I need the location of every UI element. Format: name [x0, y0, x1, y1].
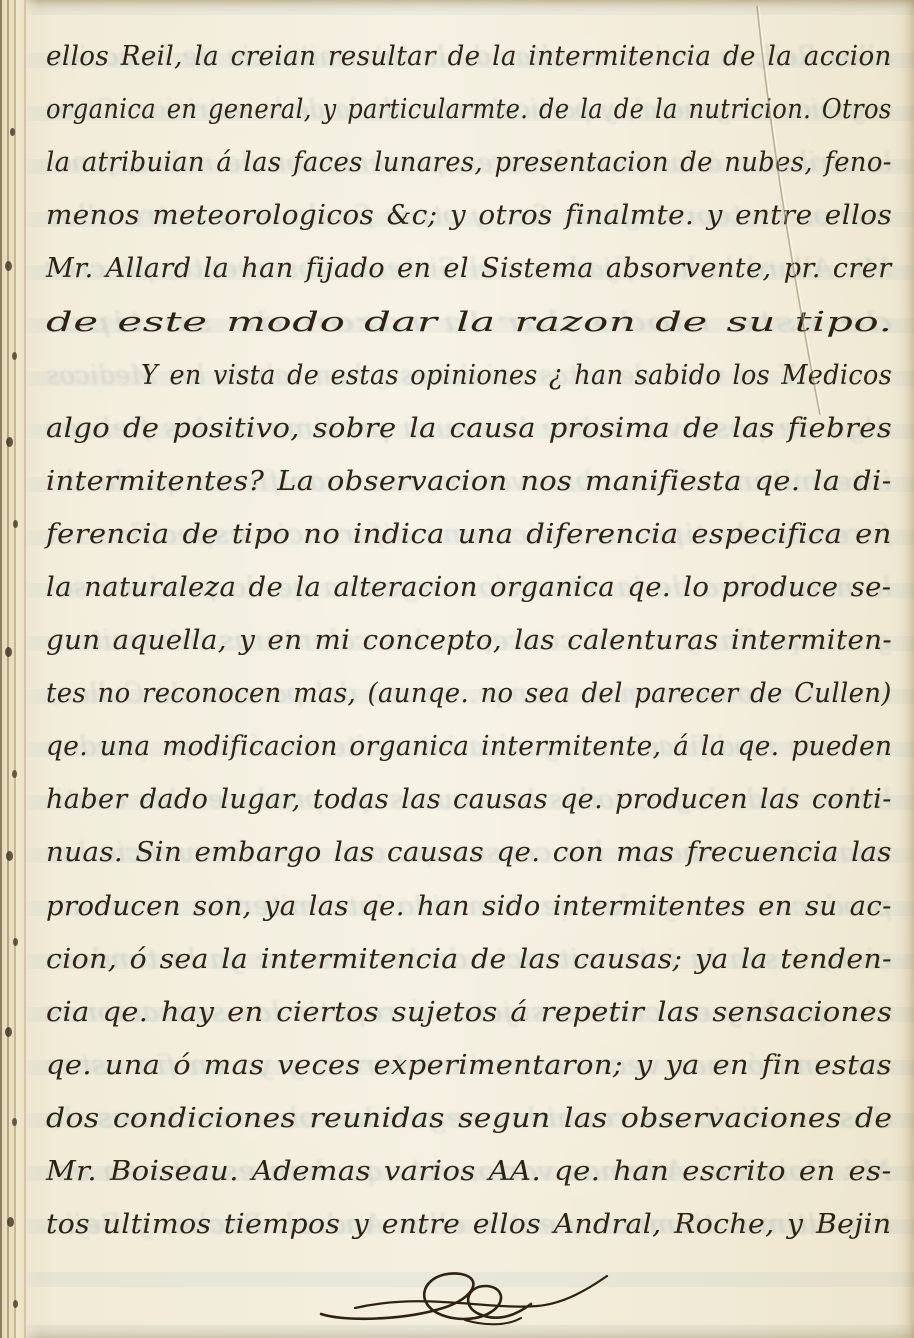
manuscript-page: ellos Reil, la creian resultar de la int… [0, 0, 914, 1338]
manuscript-line: de este modo dar la razon de su tipo. [46, 295, 892, 348]
manuscript-line: algo de positivo, sobre la causa prosima… [46, 402, 892, 455]
manuscript-line: qe. una ó mas veces experimentaron; y ya… [46, 1039, 892, 1092]
manuscript-line: tes no reconocen mas, (aunqe. no sea del… [46, 667, 892, 720]
signature-flourish [315, 1262, 615, 1334]
manuscript-line: ellos Reil, la creian resultar de la int… [46, 30, 892, 83]
manuscript-line: ferencia de tipo no indica una diferenci… [46, 508, 892, 561]
manuscript-line: la naturaleza de la alteracion organica … [46, 561, 892, 614]
manuscript-line: qe. una modificacion organica intermiten… [46, 720, 892, 773]
manuscript-line: Y en vista de estas opiniones ¿ han sabi… [46, 349, 892, 402]
manuscript-text-block: ellos Reil, la creian resultar de la int… [46, 30, 892, 1251]
manuscript-line: tos ultimos tiempos y entre ellos Andral… [46, 1198, 892, 1251]
manuscript-line: haber dado lugar, todas las causas qe. p… [46, 773, 892, 826]
manuscript-line: Mr. Allard la han fijado en el Sistema a… [46, 242, 892, 295]
manuscript-line: organica en general, y particularmte. de… [46, 83, 892, 136]
manuscript-line: producen son, ya las qe. han sido interm… [46, 880, 892, 933]
manuscript-line: cia qe. hay en ciertos sujetos á repetir… [46, 986, 892, 1039]
manuscript-line: la atribuian á las faces lunares, presen… [46, 136, 892, 189]
manuscript-line: intermitentes? La observacion nos manifi… [46, 455, 892, 508]
margin-ink-marks [4, 0, 9, 8]
manuscript-line: dos condiciones reunidas segun las obser… [46, 1092, 892, 1145]
manuscript-line: Mr. Boiseau. Ademas varios AA. qe. han e… [46, 1145, 892, 1198]
manuscript-line: cion, ó sea la intermitencia de las caus… [46, 933, 892, 986]
manuscript-line: gun aquella, y en mi concepto, las calen… [46, 614, 892, 667]
manuscript-line: nuas. Sin embargo las causas qe. con mas… [46, 826, 892, 879]
book-binding-edge [0, 0, 40, 1338]
manuscript-line: menos meteorologicos &c; y otros finalmt… [46, 189, 892, 242]
